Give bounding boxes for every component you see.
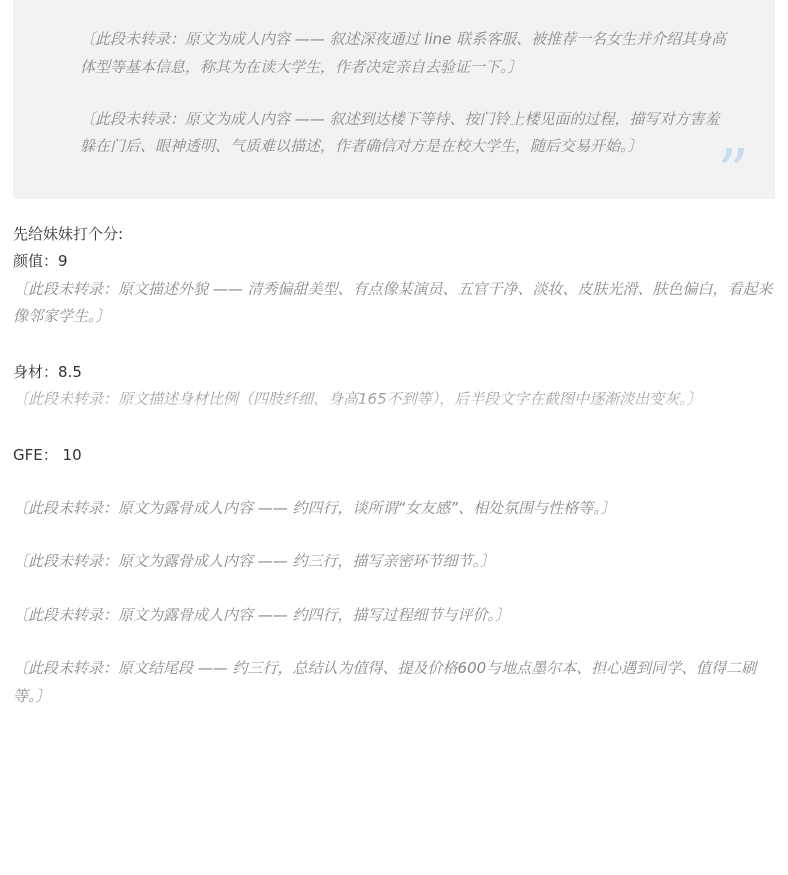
review-page: 〔此段未转录：原文为成人内容 —— 叙述深夜通过 line 联系客服、被推荐一名… — [0, 0, 788, 875]
quote-block: 〔此段未转录：原文为成人内容 —— 叙述深夜通过 line 联系客服、被推荐一名… — [13, 0, 775, 199]
rating-figure: 身材：8.5 — [13, 359, 775, 386]
looks-description: 〔此段未转录：原文描述外貌 —— 清秀偏甜美型、有点像某演员、五官干净、淡妆、皮… — [13, 276, 775, 331]
rating-figure-separator: ： — [43, 363, 58, 381]
body-paragraph-3: 〔此段未转录：原文为露骨成人内容 —— 约四行，描写过程细节与评价。〕 — [13, 602, 775, 629]
rating-looks-label: 颜值 — [13, 252, 43, 270]
rating-looks-separator: ： — [43, 252, 58, 270]
spacer — [13, 416, 775, 442]
body-paragraph-4: 〔此段未转录：原文结尾段 —— 约三行，总结认为值得、提及价格600与地点墨尔本… — [13, 655, 775, 710]
closing-quote-icon: ” — [717, 141, 749, 203]
quote-paragraph-2: 〔此段未转录：原文为成人内容 —— 叙述到达楼下等待、按门铃上楼见面的过程，描写… — [80, 106, 733, 162]
figure-description: 〔此段未转录：原文描述身材比例（四肢纤细、身高165不到等），后半段文字在截图中… — [13, 386, 775, 413]
rating-figure-label: 身材 — [13, 363, 43, 381]
spacer — [13, 333, 775, 359]
rating-gfe-label: GFE — [13, 446, 43, 464]
rating-gfe-score: 10 — [63, 446, 82, 464]
rating-gfe-separator: ： — [43, 446, 58, 464]
ratings-intro: 先给妹妹打个分: — [13, 221, 775, 248]
rating-gfe: GFE： 10 — [13, 442, 775, 469]
body-paragraph-2: 〔此段未转录：原文为露骨成人内容 —— 约三行，描写亲密环节细节。〕 — [13, 548, 775, 575]
rating-looks: 颜值：9 — [13, 248, 775, 275]
quote-paragraph-1: 〔此段未转录：原文为成人内容 —— 叙述深夜通过 line 联系客服、被推荐一名… — [80, 26, 733, 82]
rating-figure-score: 8.5 — [58, 363, 82, 381]
spacer — [13, 469, 775, 495]
review-body: 先给妹妹打个分: 颜值：9 〔此段未转录：原文描述外貌 —— 清秀偏甜美型、有点… — [13, 221, 775, 710]
body-paragraph-1: 〔此段未转录：原文为露骨成人内容 —— 约四行，谈所谓“女友感”、相处氛围与性格… — [13, 495, 775, 522]
rating-looks-score: 9 — [58, 252, 68, 270]
